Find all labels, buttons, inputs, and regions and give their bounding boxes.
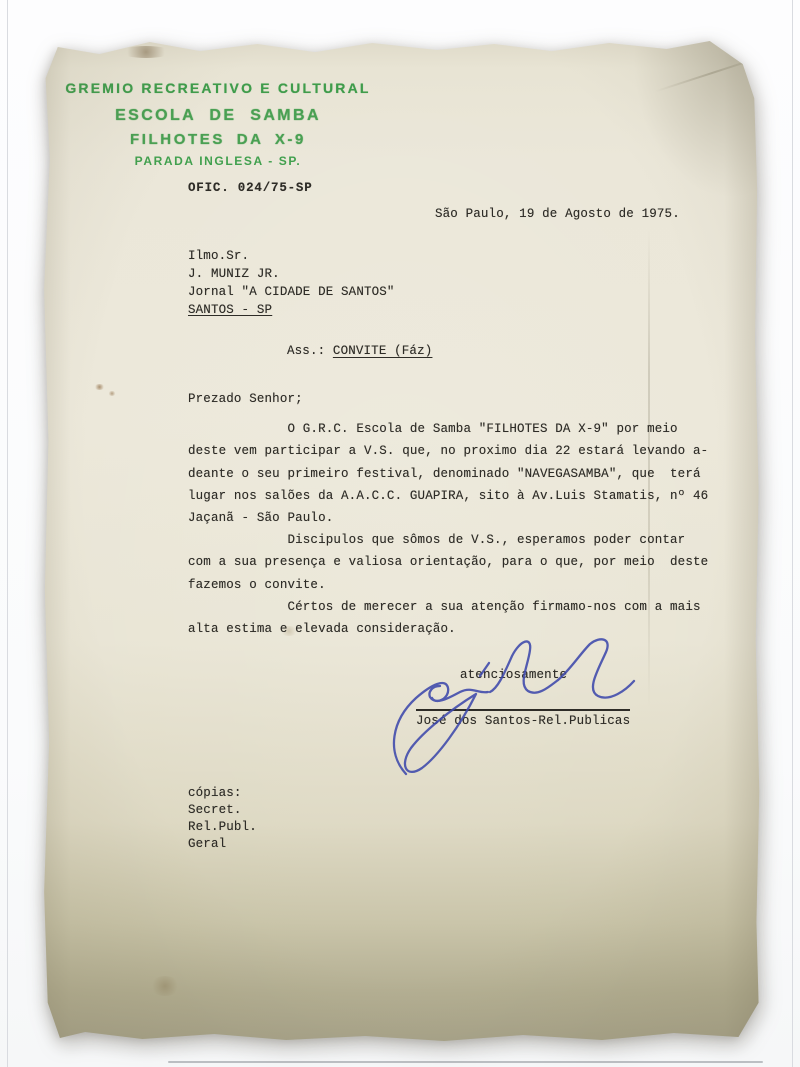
subject-label: Ass.: <box>287 344 333 358</box>
scan-border-right <box>792 0 793 1067</box>
copies-item: Rel.Publ. <box>188 819 257 836</box>
body-line: Discipulos que sômos de V.S., esperamos … <box>188 529 708 551</box>
recipient-honorific: Ilmo.Sr. <box>188 247 395 265</box>
body-line: Cértos de merecer a sua atenção firmamo-… <box>188 596 708 618</box>
salutation: Prezado Senhor; <box>188 388 708 410</box>
body-line: deste vem participar a V.S. que, no prox… <box>188 440 708 462</box>
handwritten-signature <box>378 634 640 786</box>
copies-item: Secret. <box>188 802 257 819</box>
scan-border-left <box>7 0 8 1067</box>
body-line: Jaçanã - São Paulo. <box>188 507 708 529</box>
letterhead-district-line: PARADA INGLESA - SP. <box>62 154 374 168</box>
recipient-block: Ilmo.Sr. J. MUNIZ JR. Jornal "A CIDADE D… <box>188 247 395 319</box>
foxing-stain <box>120 46 172 58</box>
letter-body: Prezado Senhor; O G.R.C. Escola de Samba… <box>188 388 708 640</box>
scanned-letter-page: { "letterhead": { "org_line": "GREMIO RE… <box>0 0 800 1067</box>
recipient-city: SANTOS - SP <box>188 301 395 319</box>
foxing-stain <box>150 976 180 996</box>
copies-block: cópias: Secret. Rel.Publ. Geral <box>188 785 257 853</box>
copies-item: Geral <box>188 836 257 853</box>
reference-number: OFIC. 024/75-SP <box>188 181 313 195</box>
subject-value: CONVITE (Fáz) <box>333 344 432 358</box>
body-line: lugar nos salões da A.A.C.C. GUAPIRA, si… <box>188 485 708 507</box>
subject-line: Ass.: CONVITE (Fáz) <box>287 344 432 358</box>
letter-paper: GREMIO RECREATIVO E CULTURAL ESCOLA DE S… <box>42 38 760 1043</box>
letterhead-org-line: GREMIO RECREATIVO E CULTURAL <box>62 80 374 96</box>
foxing-stain <box>108 391 116 396</box>
recipient-name: J. MUNIZ JR. <box>188 265 395 283</box>
letterhead-name-line: FILHOTES DA X-9 <box>62 131 374 148</box>
copies-label: cópias: <box>188 785 257 802</box>
body-line: fazemos o convite. <box>188 574 708 596</box>
body-line: O G.R.C. Escola de Samba "FILHOTES DA X-… <box>188 418 708 440</box>
scanner-artifact-line <box>168 1061 763 1063</box>
recipient-org: Jornal "A CIDADE DE SANTOS" <box>188 283 395 301</box>
body-line: com a sua presença e valiosa orientação,… <box>188 551 708 573</box>
body-line: deante o seu primeiro festival, denomina… <box>188 463 708 485</box>
letterhead-school-line: ESCOLA DE SAMBA <box>62 107 374 125</box>
foxing-stain <box>94 384 105 390</box>
date-line: São Paulo, 19 de Agosto de 1975. <box>435 207 680 221</box>
letter-paper-wrapper: GREMIO RECREATIVO E CULTURAL ESCOLA DE S… <box>42 38 760 1043</box>
paper-crease-corner <box>655 54 770 93</box>
